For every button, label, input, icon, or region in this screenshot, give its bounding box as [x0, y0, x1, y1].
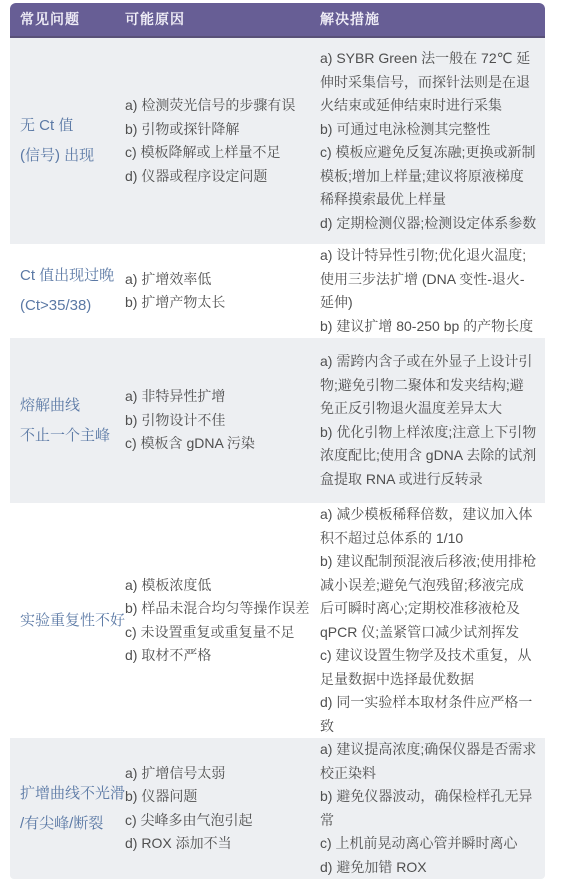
problem-line: 不止一个主峰	[20, 421, 125, 451]
solutions-cell: a) 需跨内含子或在外显子上设计引物;避免引物二聚体和发夹结构;避免正反引物退火…	[310, 350, 545, 491]
cause-item: d) 取材不严格	[125, 644, 310, 668]
solution-item: a) 减少模板稀释倍数，建议加入体积不超过总体系的 1/10	[320, 503, 537, 550]
header-solutions: 解决措施	[310, 2, 545, 37]
solution-item: a) 设计特异性引物;优化退火温度;使用三步法扩增 (DNA 变性-退火-延伸)	[320, 244, 537, 315]
header-possible-causes: 可能原因	[125, 2, 310, 37]
problem-line: (信号) 出现	[20, 141, 125, 171]
cause-item: a) 扩增信号太弱	[125, 762, 310, 786]
problem-line: 扩增曲线不光滑	[20, 779, 125, 809]
cause-item: c) 未设置重复或重复量不足	[125, 621, 310, 645]
causes-cell: a) 检测荧光信号的步骤有误b) 引物或探针降解c) 模板降解或上样量不足d) …	[125, 94, 310, 188]
problem-cell: 熔解曲线不止一个主峰	[10, 391, 125, 451]
solution-item: b) 优化引物上样浓度;注意上下引物浓度配比;使用含 gDNA 去除的试剂盒提取…	[320, 421, 537, 492]
troubleshooting-table: 常见问题 可能原因 解决措施 无 Ct 值(信号) 出现a) 检测荧光信号的步骤…	[10, 3, 545, 870]
solution-item: c) 模板应避免反复冻融;更换或新制模板;增加上样量;建议将原液梯度稀释摸索最优…	[320, 141, 537, 212]
cause-item: d) ROX 添加不当	[125, 832, 310, 856]
solution-item: d) 避免加错 ROX	[320, 856, 537, 871]
cause-item: b) 扩增产物太长	[125, 291, 310, 315]
solution-item: c) 建议设置生物学及技术重复，从足量数据中选择最优数据	[320, 644, 537, 691]
cause-item: c) 尖峰多由气泡引起	[125, 809, 310, 833]
cause-item: a) 检测荧光信号的步骤有误	[125, 94, 310, 118]
causes-cell: a) 扩增信号太弱b) 仪器问题c) 尖峰多由气泡引起d) ROX 添加不当	[125, 762, 310, 856]
cause-item: b) 样品未混合均匀等操作误差	[125, 597, 310, 621]
problem-line: 实验重复性不好	[20, 606, 125, 636]
solution-item: a) 建议提高浓度;确保仪器是否需求校正染料	[320, 738, 537, 785]
solution-item: b) 建议配制预混液后移液;使用排枪减小误差;避免气泡残留;移液完成后可瞬时离心…	[320, 550, 537, 644]
table-row: 熔解曲线不止一个主峰a) 非特异性扩增b) 引物设计不佳c) 模板含 gDNA …	[10, 338, 545, 503]
cause-item: c) 模板降解或上样量不足	[125, 141, 310, 165]
causes-cell: a) 模板浓度低b) 样品未混合均匀等操作误差c) 未设置重复或重复量不足d) …	[125, 574, 310, 668]
problem-line: 无 Ct 值	[20, 111, 125, 141]
table-row: 扩增曲线不光滑/有尖峰/断裂a) 扩增信号太弱b) 仪器问题c) 尖峰多由气泡引…	[10, 738, 545, 870]
solution-item: d) 定期检测仪器;检测设定体系参数	[320, 212, 537, 236]
solution-item: b) 可通过电泳检测其完整性	[320, 118, 537, 142]
problem-line: Ct 值出现过晚	[20, 261, 125, 291]
table-row: 实验重复性不好a) 模板浓度低b) 样品未混合均匀等操作误差c) 未设置重复或重…	[10, 503, 545, 738]
table-body: 无 Ct 值(信号) 出现a) 检测荧光信号的步骤有误b) 引物或探针降解c) …	[10, 38, 545, 870]
solution-item: d) 同一实验样本取材条件应严格一致	[320, 691, 537, 738]
solutions-cell: a) 建议提高浓度;确保仪器是否需求校正染料b) 避免仪器波动，确保检样孔无异常…	[310, 738, 545, 870]
cause-item: b) 引物或探针降解	[125, 118, 310, 142]
problem-cell: 无 Ct 值(信号) 出现	[10, 111, 125, 171]
problem-cell: Ct 值出现过晚(Ct>35/38)	[10, 261, 125, 321]
solutions-cell: a) 设计特异性引物;优化退火温度;使用三步法扩增 (DNA 变性-退火-延伸)…	[310, 244, 545, 338]
causes-cell: a) 非特异性扩增b) 引物设计不佳c) 模板含 gDNA 污染	[125, 385, 310, 456]
solution-item: b) 建议扩增 80-250 bp 的产物长度	[320, 315, 537, 339]
solution-item: a) SYBR Green 法一般在 72℃ 延伸时采集信号，而探针法则是在退火…	[320, 47, 537, 118]
solutions-cell: a) 减少模板稀释倍数，建议加入体积不超过总体系的 1/10b) 建议配制预混液…	[310, 503, 545, 738]
cause-item: a) 非特异性扩增	[125, 385, 310, 409]
problem-line: 熔解曲线	[20, 391, 125, 421]
solution-item: c) 上机前晃动离心管并瞬时离心	[320, 832, 537, 856]
problem-cell: 实验重复性不好	[10, 606, 125, 636]
cause-item: d) 仪器或程序设定问题	[125, 165, 310, 189]
cause-item: a) 扩增效率低	[125, 268, 310, 292]
solutions-cell: a) SYBR Green 法一般在 72℃ 延伸时采集信号，而探针法则是在退火…	[310, 47, 545, 235]
header-common-problems: 常见问题	[10, 2, 125, 37]
cause-item: a) 模板浓度低	[125, 574, 310, 598]
solution-item: a) 需跨内含子或在外显子上设计引物;避免引物二聚体和发夹结构;避免正反引物退火…	[320, 350, 537, 421]
table-header-row: 常见问题 可能原因 解决措施	[10, 3, 545, 38]
causes-cell: a) 扩增效率低b) 扩增产物太长	[125, 268, 310, 315]
cause-item: b) 仪器问题	[125, 785, 310, 809]
table-row: Ct 值出现过晚(Ct>35/38)a) 扩增效率低b) 扩增产物太长a) 设计…	[10, 244, 545, 338]
problem-cell: 扩增曲线不光滑/有尖峰/断裂	[10, 779, 125, 839]
cause-item: c) 模板含 gDNA 污染	[125, 432, 310, 456]
problem-line: /有尖峰/断裂	[20, 809, 125, 839]
cause-item: b) 引物设计不佳	[125, 409, 310, 433]
solution-item: b) 避免仪器波动，确保检样孔无异常	[320, 785, 537, 832]
table-row: 无 Ct 值(信号) 出现a) 检测荧光信号的步骤有误b) 引物或探针降解c) …	[10, 38, 545, 244]
problem-line: (Ct>35/38)	[20, 291, 125, 321]
